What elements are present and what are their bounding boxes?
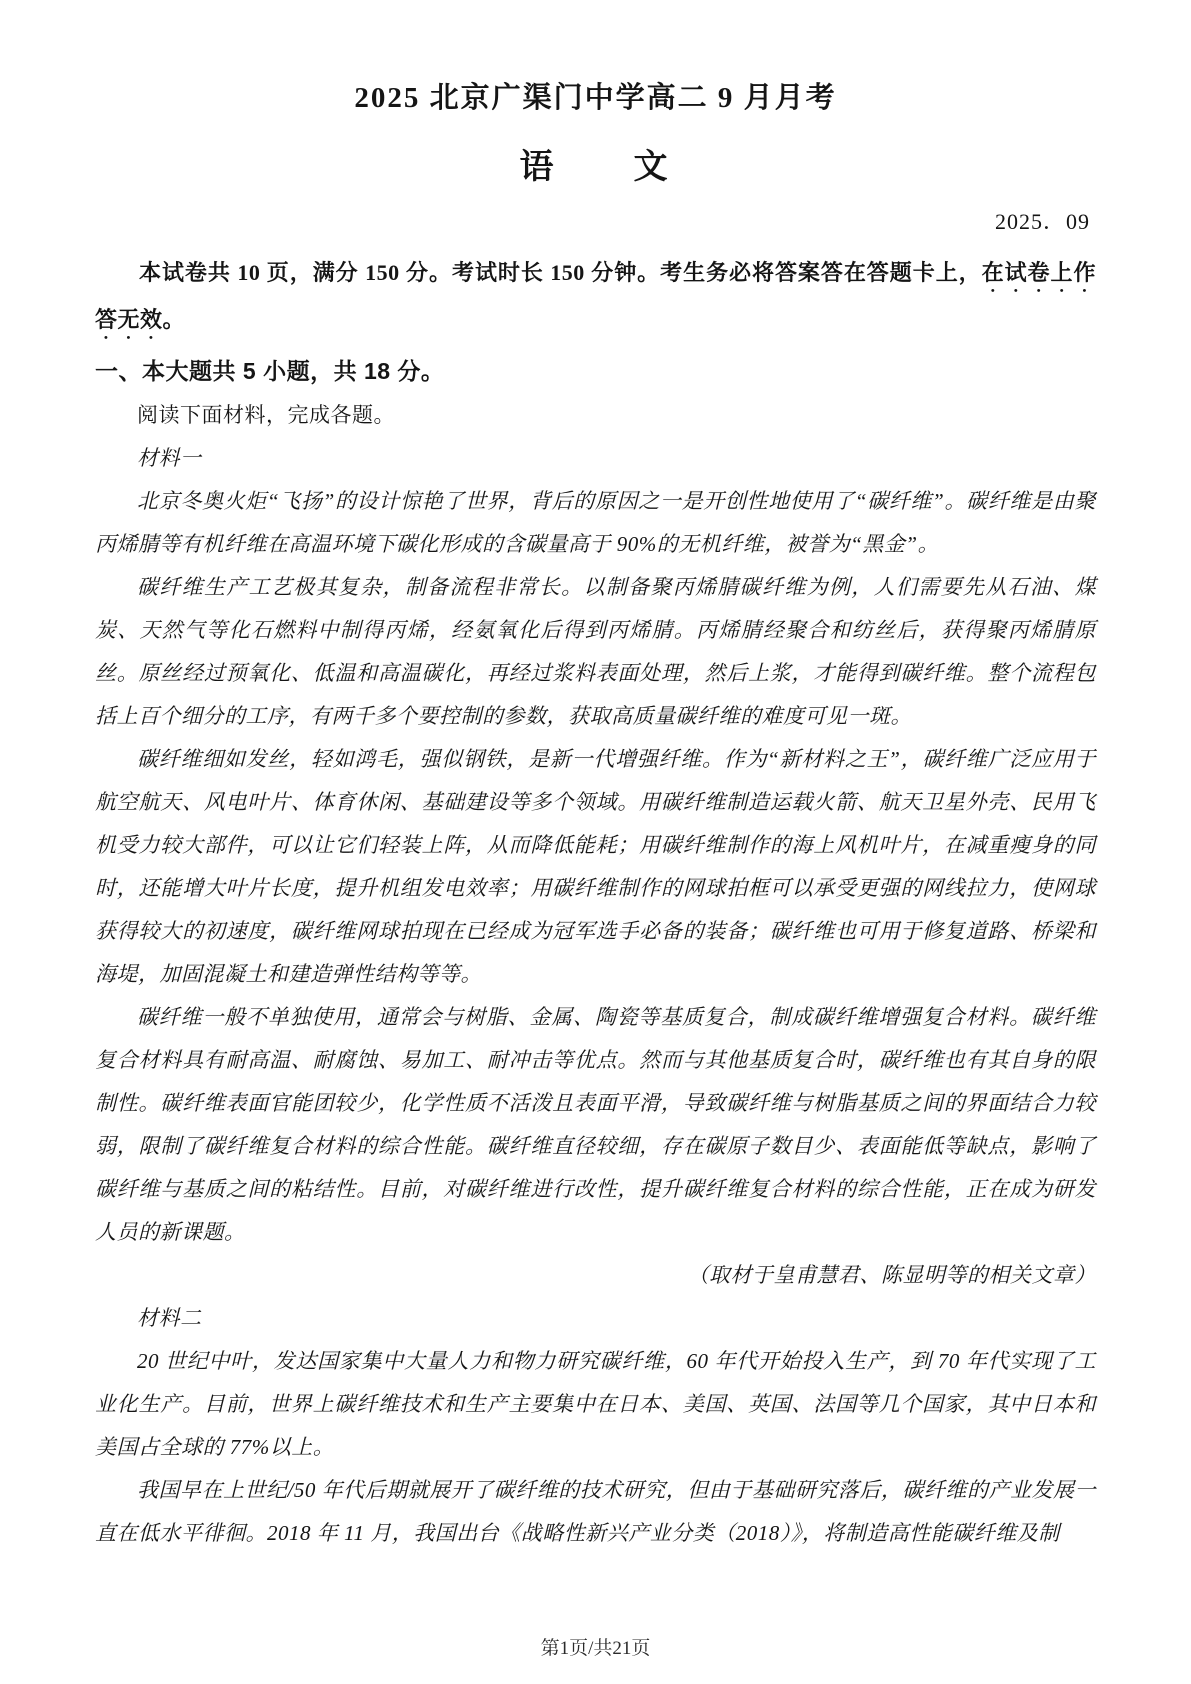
material-two-paragraph-2: 我国早在上世纪/50 年代后期就展开了碳纤维的技术研究，但由于基础研究落后，碳纤… <box>95 1469 1096 1555</box>
page-number-footer: 第1页/共21页 <box>0 1636 1191 1662</box>
material-one-paragraph-2: 碳纤维生产工艺极其复杂，制备流程非常长。以制备聚丙烯腈碳纤维为例，人们需要先从石… <box>95 566 1096 738</box>
material-two-label: 材料二 <box>95 1297 1096 1340</box>
exam-notice-period: 。 <box>163 307 186 332</box>
page-title: 2025 北京广渠门中学高二 9 月月考 <box>95 76 1096 120</box>
page-content: 2025 北京广渠门中学高二 9 月月考 语 文 2025．09 本试卷共 10… <box>0 0 1191 1555</box>
material-two-paragraph-1: 20 世纪中叶，发达国家集中大量人力和物力研究碳纤维，60 年代开始投入生产，到… <box>95 1340 1096 1469</box>
material-one-label: 材料一 <box>95 437 1096 480</box>
exam-date: 2025．09 <box>95 206 1090 238</box>
material-one-attribution: （取材于皇甫慧君、陈显明等的相关文章） <box>95 1254 1096 1297</box>
material-one-paragraph-1: 北京冬奥火炬“飞扬”的设计惊艳了世界，背后的原因之一是开创性地使用了“碳纤维”。… <box>95 480 1096 566</box>
reading-instruction: 阅读下面材料，完成各题。 <box>95 394 1096 437</box>
exam-notice: 本试卷共 10 页，满分 150 分。考试时长 150 分钟。考生务必将答案答在… <box>95 250 1096 344</box>
material-one-paragraph-3: 碳纤维细如发丝，轻如鸿毛，强似钢铁，是新一代增强纤维。作为“新材料之王”，碳纤维… <box>95 738 1096 996</box>
subject-title: 语 文 <box>95 144 1096 192</box>
material-one-paragraph-4: 碳纤维一般不单独使用，通常会与树脂、金属、陶瓷等基质复合，制成碳纤维增强复合材料… <box>95 996 1096 1254</box>
exam-notice-text: 本试卷共 10 页，满分 150 分。考试时长 150 分钟。考生务必将答案答在… <box>139 260 982 285</box>
exam-paper-page: 2025 北京广渠门中学高二 9 月月考 语 文 2025．09 本试卷共 10… <box>0 0 1191 1684</box>
section-one-heading: 一、本大题共 5 小题，共 18 分。 <box>95 350 1096 392</box>
